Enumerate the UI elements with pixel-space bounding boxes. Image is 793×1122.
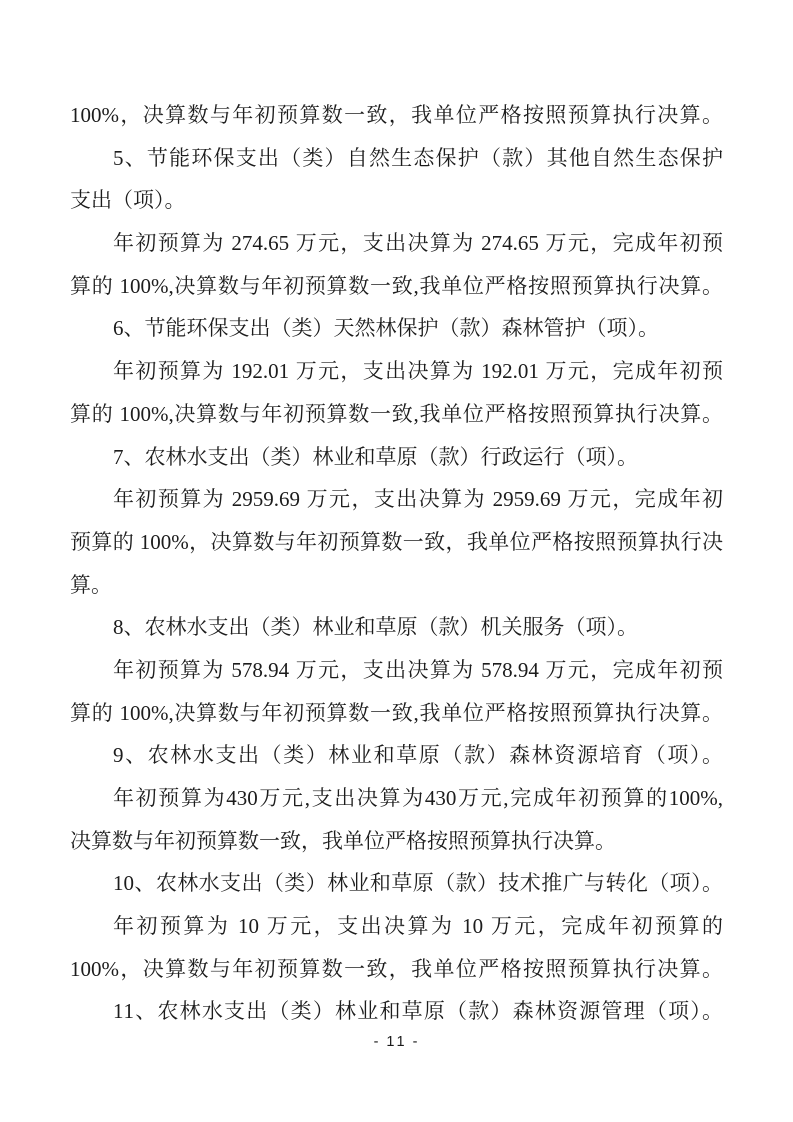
text-line: 5、节能环保支出（类）自然生态保护（款）其他自然生态保护 bbox=[70, 137, 723, 180]
text-line: 年初预算为430万元,支出决算为430万元,完成年初预算的100%, bbox=[70, 777, 723, 820]
text-line: 算的 100%,决算数与年初预算数一致,我单位严格按照预算执行决算。 bbox=[70, 692, 723, 735]
text-line: 6、节能环保支出（类）天然林保护（款）森林管护（项）。 bbox=[70, 307, 723, 350]
text-line: 年初预算为 2959.69 万元，支出决算为 2959.69 万元，完成年初 bbox=[70, 478, 723, 521]
text-line: 8、农林水支出（类）林业和草原（款）机关服务（项）。 bbox=[70, 606, 723, 649]
text-line: 年初预算为 192.01 万元，支出决算为 192.01 万元，完成年初预 bbox=[70, 350, 723, 393]
text-line: 10、农林水支出（类）林业和草原（款）技术推广与转化（项）。 bbox=[70, 862, 723, 905]
page-number: - 11 - bbox=[0, 1034, 793, 1050]
page-body: 100%，决算数与年初预算数一致，我单位严格按照预算执行决算。5、节能环保支出（… bbox=[70, 94, 723, 1033]
text-line: 7、农林水支出（类）林业和草原（款）行政运行（项）。 bbox=[70, 436, 723, 479]
text-line: 算的 100%,决算数与年初预算数一致,我单位严格按照预算执行决算。 bbox=[70, 393, 723, 436]
text-line: 100%，决算数与年初预算数一致，我单位严格按照预算执行决算。 bbox=[70, 94, 723, 137]
text-line: 算。 bbox=[70, 564, 723, 607]
text-line: 100%，决算数与年初预算数一致，我单位严格按照预算执行决算。 bbox=[70, 948, 723, 991]
text-line: 年初预算为 578.94 万元，支出决算为 578.94 万元，完成年初预 bbox=[70, 649, 723, 692]
text-line: 11、农林水支出（类）林业和草原（款）森林资源管理（项）。 bbox=[70, 990, 723, 1033]
document-page: 100%，决算数与年初预算数一致，我单位严格按照预算执行决算。5、节能环保支出（… bbox=[0, 0, 793, 1122]
text-line: 年初预算为 274.65 万元，支出决算为 274.65 万元，完成年初预 bbox=[70, 222, 723, 265]
text-line: 支出（项）。 bbox=[70, 179, 723, 222]
text-line: 决算数与年初预算数一致，我单位严格按照预算执行决算。 bbox=[70, 820, 723, 863]
text-line: 预算的 100%，决算数与年初预算数一致，我单位严格按照预算执行决 bbox=[70, 521, 723, 564]
text-line: 算的 100%,决算数与年初预算数一致,我单位严格按照预算执行决算。 bbox=[70, 265, 723, 308]
text-line: 年初预算为 10 万元，支出决算为 10 万元，完成年初预算的 bbox=[70, 905, 723, 948]
text-line: 9、农林水支出（类）林业和草原（款）森林资源培育（项）。 bbox=[70, 734, 723, 777]
